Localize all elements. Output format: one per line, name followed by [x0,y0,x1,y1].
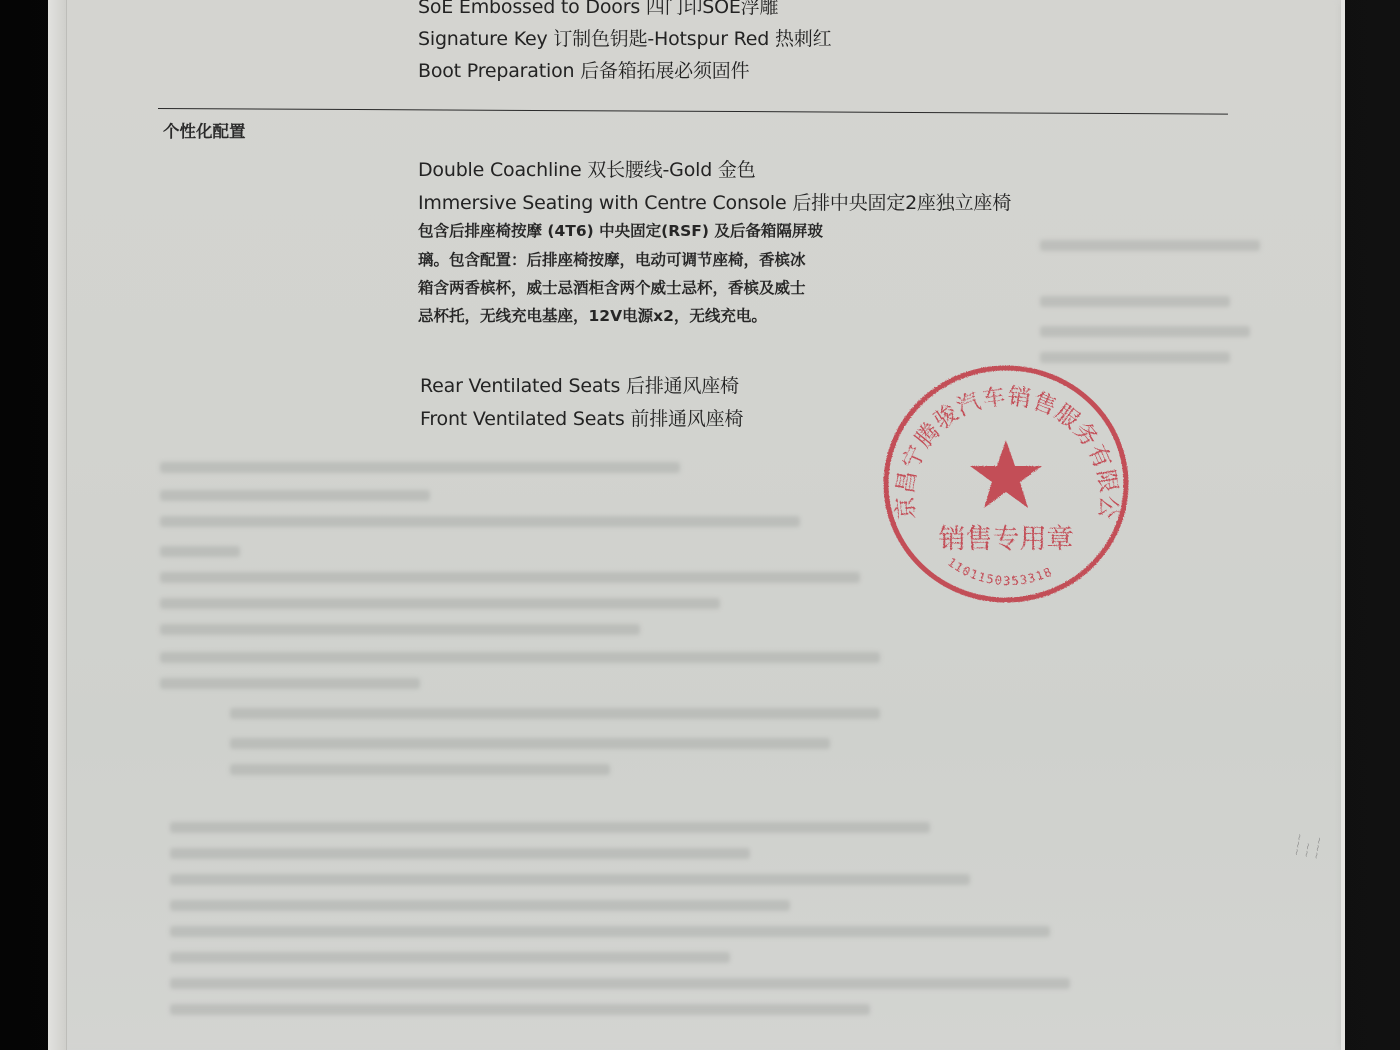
item-immersive-seating: Immersive Seating with Centre Console 后排… [418,188,1011,215]
item-signature-key: Signature Key 订制色钥匙-Hotspur Red 热刺红 [418,24,831,51]
page-fold-edge [48,0,67,1050]
note-line: 璃。包含配置：后排座椅按摩，电动可调节座椅，香槟冰 [418,248,806,270]
item-double-coachline: Double Coachline 双长腰线-Gold 金色 [418,155,756,182]
bleed-through-line [160,678,420,689]
bleed-through-line [160,516,800,527]
bleed-through-line [160,462,680,473]
stamp-center-text: 销售专用章 [939,524,1074,555]
item-soe-embossed: SoE Embossed to Doors 四门印SOE浮雕 [418,0,778,19]
bleed-through-line [170,822,930,833]
bleed-through-line [230,708,880,719]
bleed-through-line [230,738,830,749]
bleed-through-line [160,624,640,635]
bleed-through-line [230,764,610,775]
company-seal-stamp: 北京昌宁腾骏汽车销售服务有限公司 销售专用章 1101150353318 [880,362,1132,606]
bleed-through-line [160,598,720,609]
bleed-through-line [170,978,1070,989]
bleed-through-line [1040,296,1230,307]
stamp-arc-text: 北京昌宁腾骏汽车销售服务有限公司 [880,362,1122,521]
bleed-through-line [160,490,430,501]
star-icon [970,440,1042,508]
bleed-through-line [1040,326,1250,337]
note-line: 箱含两香槟杯，威士忌酒柜含两个威士忌杯，香槟及威士 [418,276,806,298]
bleed-through-line [170,900,790,911]
bleed-through-line [170,1004,870,1015]
section-label-personalization: 个性化配置 [163,118,246,142]
bleed-through-line [160,546,240,557]
bleed-through-line [170,848,750,859]
item-boot-preparation: Boot Preparation 后备箱拓展必须固件 [418,56,749,83]
bleed-through-line [160,652,880,663]
item-rear-ventilated-seats: Rear Ventilated Seats 后排通风座椅 [420,371,739,398]
bleed-through-line [1040,240,1260,251]
bleed-through-line [160,572,860,583]
item-front-ventilated-seats: Front Ventilated Seats 前排通风座椅 [420,404,743,431]
bleed-through-line [170,926,1050,937]
note-line: 忌杯托，无线充电基座，12V电源x2，无线充电。 [418,304,767,326]
bleed-through-line [170,874,970,885]
bleed-through-line [170,952,730,963]
stamp-serial: 1101150353318 [945,555,1055,588]
note-line: 包含后排座椅按摩 (4T6) 中央固定(RSF) 及后备箱隔屏玻 [418,219,823,241]
page-right-edge [1341,0,1345,1050]
